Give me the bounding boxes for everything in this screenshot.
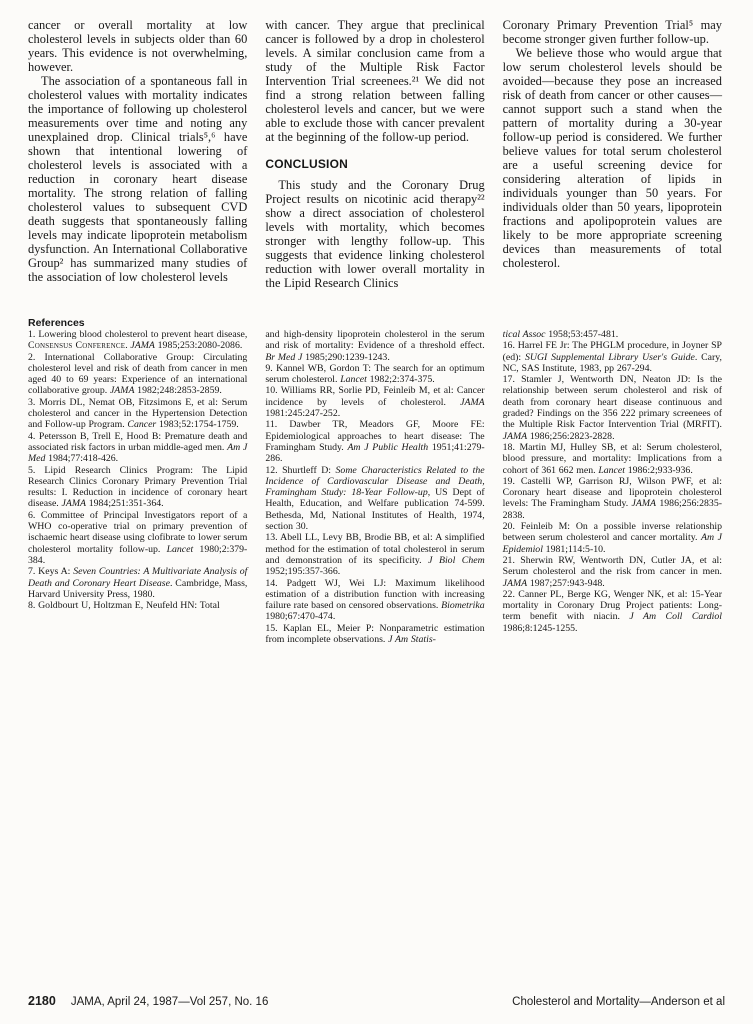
reference-item: 3. Morris DL, Nemat OB, Fitzsimons E, et… [28,397,247,431]
body-column-2-wrap: with cancer. They argue that preclinical… [265,18,484,329]
reference-item: 1. Lowering blood cholesterol to prevent… [28,329,247,352]
body-paragraph: Coronary Primary Prevention Trial⁵ may b… [503,18,722,46]
reference-item: 2. International Collaborative Group: Ci… [28,352,247,397]
reference-item: 16. Harrel FE Jr: The PHGLM procedure, i… [503,340,722,374]
body-column-1: cancer or overall mortality at low chole… [28,18,247,284]
reference-item: 9. Kannel WB, Gordon T: The search for a… [265,363,484,386]
references-column-2: and high-density lipoprotein cholesterol… [265,329,484,645]
body-column-3-wrap: Coronary Primary Prevention Trial⁵ may b… [503,18,722,329]
journal-issue-line: JAMA, April 24, 1987—Vol 257, No. 16 [71,996,269,1008]
body-text-section: cancer or overall mortality at low chole… [28,18,722,329]
reference-item: 8. Goldbourt U, Holtzman E, Neufeld HN: … [28,600,247,611]
reference-item: 13. Abell LL, Levy BB, Brodie BB, et al:… [265,532,484,577]
reference-item: 22. Canner PL, Berge KG, Wenger NK, et a… [503,589,722,634]
reference-item: 7. Keys A: Seven Countries: A Multivaria… [28,566,247,600]
body-column-1-wrap: cancer or overall mortality at low chole… [28,18,247,329]
reference-item: 4. Petersson B, Trell E, Hood B: Prematu… [28,431,247,465]
reference-item: 15. Kaplan EL, Meier P: Nonparametric es… [265,623,484,646]
footer-left: 2180 JAMA, April 24, 1987—Vol 257, No. 1… [28,994,268,1008]
page-footer: 2180 JAMA, April 24, 1987—Vol 257, No. 1… [28,994,725,1008]
reference-item: 6. Committee of Principal Investigators … [28,510,247,566]
journal-page: cancer or overall mortality at low chole… [0,0,753,1024]
reference-item: 18. Martin MJ, Hulley SB, et al: Serum c… [503,442,722,476]
body-paragraph: We believe those who would argue that lo… [503,46,722,270]
body-paragraph: cancer or overall mortality at low chole… [28,18,247,74]
running-title: Cholesterol and Mortality—Anderson et al [512,996,725,1008]
references-heading: References [28,317,247,329]
reference-item: 19. Castelli WP, Garrison RJ, Wilson PWF… [503,476,722,521]
reference-item: 10. Williams RR, Sorlie PD, Feinleib M, … [265,385,484,419]
section-heading: CONCLUSION [265,157,484,171]
reference-item: 12. Shurtleff D: Some Characteristics Re… [265,465,484,533]
body-paragraph: with cancer. They argue that preclinical… [265,18,484,144]
reference-item: 21. Sherwin RW, Wentworth DN, Cutler JA,… [503,555,722,589]
body-paragraph: This study and the Coronary Drug Project… [265,178,484,290]
references-column-1: 1. Lowering blood cholesterol to prevent… [28,329,247,645]
body-column-2: with cancer. They argue that preclinical… [265,18,484,290]
reference-item: tical Assoc 1958;53:457-481. [503,329,722,340]
references-column-3: tical Assoc 1958;53:457-481.16. Harrel F… [503,329,722,645]
reference-item: 17. Stamler J, Wentworth DN, Neaton JD: … [503,374,722,442]
page-number: 2180 [28,994,56,1008]
reference-item: 20. Feinleib M: On a possible inverse re… [503,521,722,555]
reference-item: 14. Padgett WJ, Wei LJ: Maximum likeliho… [265,578,484,623]
reference-item: 11. Dawber TR, Meadors GF, Moore FE: Epi… [265,419,484,464]
reference-item: and high-density lipoprotein cholesterol… [265,329,484,363]
reference-item: 5. Lipid Research Clinics Program: The L… [28,465,247,510]
references-section: 1. Lowering blood cholesterol to prevent… [28,329,722,645]
body-paragraph: The association of a spontaneous fall in… [28,74,247,284]
body-column-3: Coronary Primary Prevention Trial⁵ may b… [503,18,722,270]
